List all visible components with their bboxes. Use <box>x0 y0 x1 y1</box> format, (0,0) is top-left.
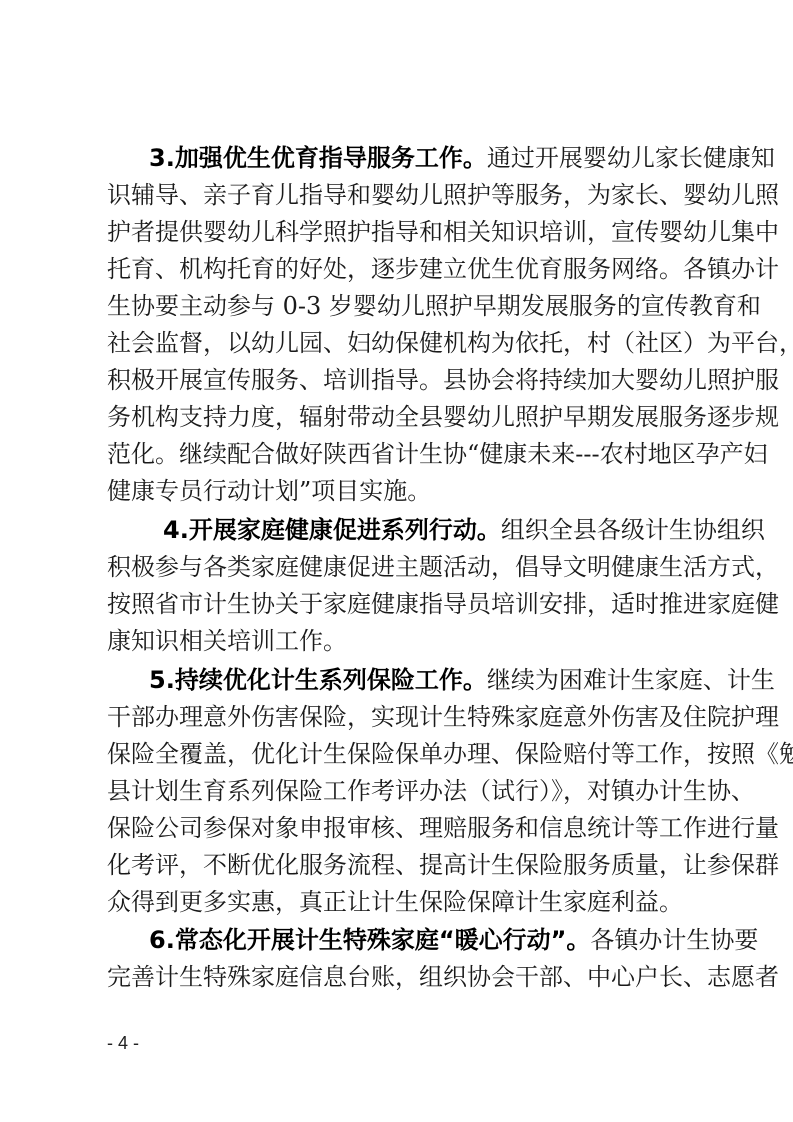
paragraph-6-line-2: 完善计生特殊家庭信息台账，组织协会干部、中心户长、志愿者 <box>107 959 691 996</box>
paragraph-4-line-4: 康知识相关培训工作。 <box>107 623 691 660</box>
paragraph-5-line-2: 干部办理意外伤害保险，实现计生特殊家庭意外伤害及住院护理 <box>107 699 691 736</box>
paragraph-5-line-1: 5.持续优化计生系列保险工作。继续为困难计生家庭、计生 <box>107 662 691 699</box>
paragraph-3-line-5: 生协要主动参与 0-3 岁婴幼儿照护早期发展服务的宣传教育和 <box>107 288 691 325</box>
paragraph-3-line-4: 托育、机构托育的好处，逐步建立优生优育服务网络。各镇办计 <box>107 251 691 288</box>
paragraph-3-line-8: 务机构支持力度，辐射带动全县婴幼儿照护早期发展服务逐步规 <box>107 399 691 436</box>
page-number: - 4 - <box>107 1031 139 1055</box>
paragraph-3-line-10: 健康专员行动计划”项目实施。 <box>107 473 691 510</box>
paragraph-5-line-5: 保险公司参保对象申报审核、理赔服务和信息统计等工作进行量 <box>107 810 691 847</box>
paragraph-3-line-1: 3.加强优生优育指导服务工作。通过开展婴幼儿家长健康知 <box>107 140 691 177</box>
paragraph-3-line-6: 社会监督，以幼儿园、妇幼保健机构为依托，村（社区）为平台， <box>107 325 691 362</box>
paragraph-3-line-7: 积极开展宣传服务、培训指导。县协会将持续加大婴幼儿照护服 <box>107 362 691 399</box>
paragraph-3-line-2: 识辅导、亲子育儿指导和婴幼儿照护等服务，为家长、婴幼儿照 <box>107 177 691 214</box>
paragraph-3-heading: 3.加强优生优育指导服务工作。 <box>149 144 487 172</box>
paragraph-4-heading: 4.开展家庭健康促进系列行动。 <box>163 516 501 544</box>
document-page: 3.加强优生优育指导服务工作。通过开展婴幼儿家长健康知 识辅导、亲子育儿指导和婴… <box>0 0 793 1122</box>
paragraph-5-line-6: 化考评，不断优化服务流程、提高计生保险服务质量，让参保群 <box>107 847 691 884</box>
paragraph-5-line-4: 县计划生育系列保险工作考评办法（试行）》，对镇办计生协、 <box>107 773 691 810</box>
paragraph-3-line-3: 护者提供婴幼儿科学照护指导和相关知识培训，宣传婴幼儿集中 <box>107 214 691 251</box>
paragraph-6-heading: 6.常态化开展计生特殊家庭“暖心行动”。 <box>149 926 590 954</box>
paragraph-5-heading: 5.持续优化计生系列保险工作。 <box>149 666 487 694</box>
paragraph-4-line-2: 积极参与各类家庭健康促进主题活动，倡导文明健康生活方式， <box>107 549 691 586</box>
paragraph-5-line-3: 保险全覆盖，优化计生保险保单办理、保险赔付等工作，按照《勉 <box>107 736 691 773</box>
paragraph-4-line-1: 4.开展家庭健康促进系列行动。组织全县各级计生协组织 <box>107 512 691 549</box>
paragraph-3-line-9: 范化。继续配合做好陕西省计生协“健康未来---农村地区孕产妇 <box>107 436 691 473</box>
paragraph-5-line-7: 众得到更多实惠，真正让计生保险保障计生家庭利益。 <box>107 884 691 921</box>
paragraph-4-line-3: 按照省市计生协关于家庭健康指导员培训安排，适时推进家庭健 <box>107 586 691 623</box>
paragraph-6-line-1: 6.常态化开展计生特殊家庭“暖心行动”。各镇办计生协要 <box>107 922 691 959</box>
